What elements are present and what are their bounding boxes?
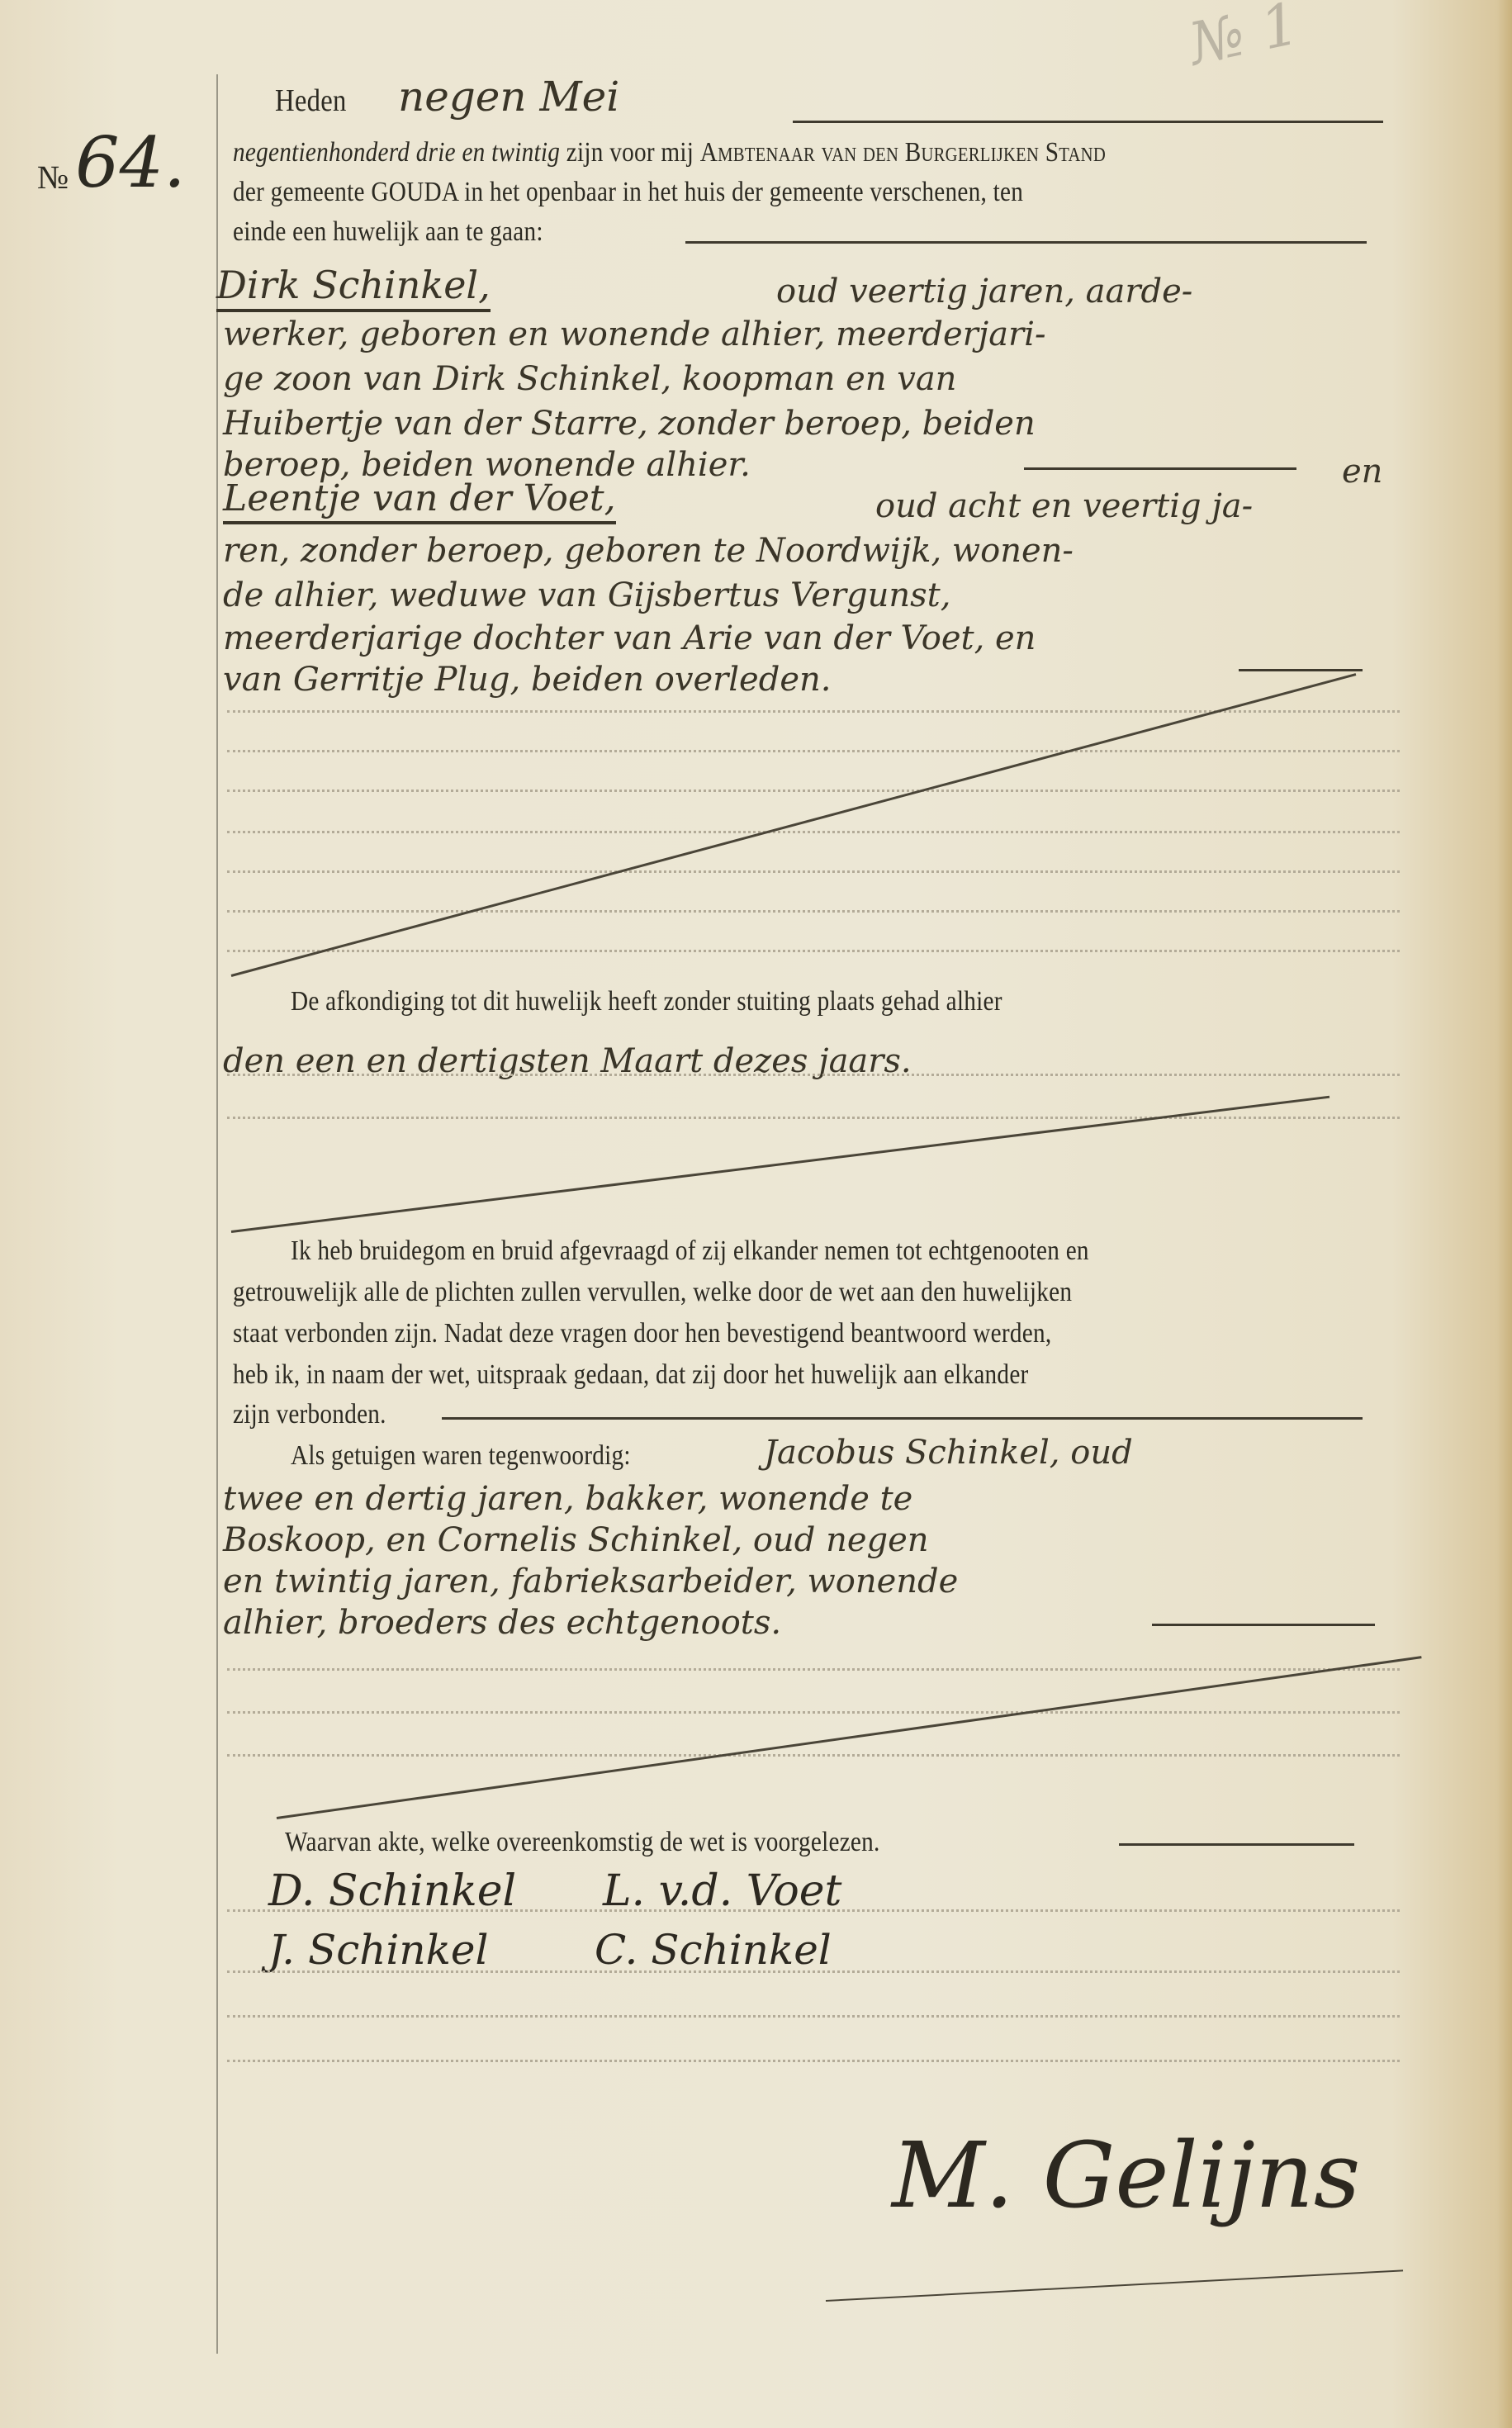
declaration-line: zijn verbonden.: [233, 1399, 386, 1430]
scanned-register-page: № 1 №64. Heden negen Mei negentienhonder…: [0, 0, 1512, 2428]
ruled-line: [227, 870, 1400, 873]
witnesses-printed: Als getuigen waren tegenwoordig:: [291, 1440, 631, 1472]
ruled-line: [227, 2060, 1400, 2062]
bride-line: meerderjarige dochter van Arie van der V…: [223, 619, 1036, 657]
heden-label: Heden: [275, 83, 347, 119]
ruled-line: [227, 1754, 1400, 1757]
ruled-line: [227, 1970, 1400, 1973]
signature-witness-2: C. Schinkel: [595, 1926, 832, 1974]
cancellation-stroke: [231, 673, 1357, 977]
ruled-line: [227, 910, 1400, 913]
signature-bride: L. v.d. Voet: [603, 1866, 841, 1916]
fill-line: [1024, 467, 1296, 470]
akte-number: №64.: [37, 122, 186, 203]
pencil-corner-mark: № 1: [1183, 0, 1305, 78]
bride-line: van Gerritje Plug, beiden overleden.: [223, 661, 831, 699]
declaration-line: staat verbonden zijn. Nadat deze vragen …: [233, 1318, 1051, 1349]
ruled-line: [227, 950, 1400, 952]
declaration-line: getrouwelijk alle de plichten zullen ver…: [233, 1277, 1072, 1308]
witness-line: alhier, broeders des echtgenoots.: [223, 1604, 781, 1642]
fill-line: [793, 121, 1383, 123]
ruled-line: [227, 1074, 1400, 1076]
ruled-line: [227, 790, 1400, 792]
akte-number-value: 64.: [75, 122, 186, 203]
fill-line: [442, 1417, 1363, 1420]
ruled-line: [227, 750, 1400, 752]
groom-name: Dirk Schinkel,: [216, 263, 491, 307]
bride-line: ren, zonder beroep, geboren te Noordwijk…: [223, 532, 1074, 570]
ruled-line: [227, 1711, 1400, 1714]
fill-line: [1239, 669, 1363, 671]
intro-line-4: einde een huwelijk aan te gaan:: [233, 216, 543, 248]
signature-groom: D. Schinkel: [268, 1866, 516, 1916]
intro-line-2: negentienhonderd drie en twintig zijn vo…: [233, 137, 1106, 168]
witness-line: Jacobus Schinkel, oud: [764, 1434, 1133, 1472]
cancellation-stroke: [277, 1656, 1422, 1819]
bride-line: oud acht en veertig ja-: [875, 487, 1253, 525]
conjunction-en: en: [1342, 453, 1382, 491]
witness-line: Boskoop, en Cornelis Schinkel, oud negen: [223, 1521, 929, 1559]
groom-line: Huibertje van der Starre, zonder beroep,…: [223, 405, 1036, 443]
proclamation-printed: De afkondiging tot dit huwelijk heeft zo…: [291, 986, 1002, 1017]
marriage-date-handwritten: negen Mei: [398, 73, 619, 121]
ruled-line: [227, 1909, 1400, 1912]
declaration-line: Ik heb bruidegom en bruid afgevraagd of …: [291, 1235, 1089, 1267]
ruled-line: [227, 831, 1400, 833]
signature-official: M. Gelijns: [892, 2122, 1360, 2228]
fill-line: [685, 241, 1367, 244]
bride-name: Leentje van der Voet,: [223, 477, 616, 519]
closing-printed: Waarvan akte, welke overeenkomstig de we…: [285, 1827, 880, 1858]
ruled-line: [227, 2015, 1400, 2018]
intro-line-3: der gemeente GOUDA in het openbaar in he…: [233, 177, 1023, 208]
number-sign: №: [37, 159, 69, 196]
ruled-line: [227, 1117, 1400, 1119]
fill-line: [1152, 1624, 1375, 1626]
groom-line: ge zoon van Dirk Schinkel, koopman en va…: [223, 360, 956, 398]
groom-line: oud veertig jaren, aarde-: [776, 273, 1192, 311]
bride-line: de alhier, weduwe van Gijsbertus Verguns…: [223, 576, 950, 614]
ruled-line: [227, 1668, 1400, 1671]
declaration-line: heb ik, in naam der wet, uitspraak gedaa…: [233, 1359, 1029, 1391]
groom-line: werker, geboren en wonende alhier, meerd…: [223, 315, 1045, 353]
signature-flourish: [826, 2269, 1403, 2302]
signature-witness-1: J. Schinkel: [268, 1926, 488, 1974]
left-margin-rule: [216, 74, 218, 2354]
witness-line: en twintig jaren, fabrieksarbeider, wone…: [223, 1563, 958, 1600]
witness-line: twee en dertig jaren, bakker, wonende te: [223, 1480, 912, 1518]
official-title: Ambtenaar van den Burgerlijken Stand: [700, 137, 1106, 168]
fill-line: [1119, 1843, 1354, 1846]
